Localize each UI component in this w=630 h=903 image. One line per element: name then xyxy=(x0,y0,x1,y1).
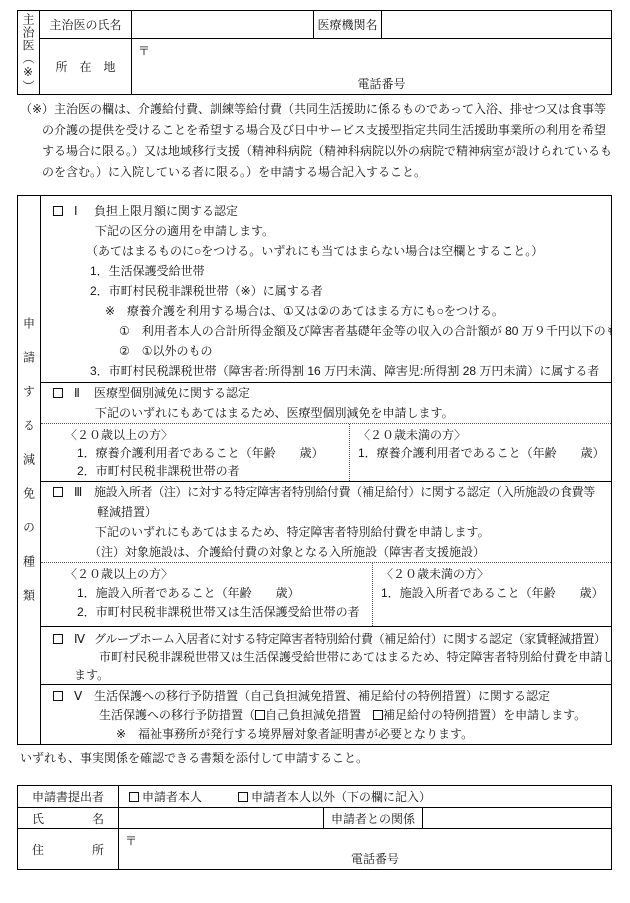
section-1-title: 負担上限月額に関する認定 xyxy=(94,204,238,218)
section-1-checkbox[interactable] xyxy=(53,206,63,216)
section-3-adult-column: 〈２０歳以上の方〉 1．施設入所者であること（年齢 歳） 2．市町村民税非課税世… xyxy=(41,563,373,626)
section-1-item: 1．生活保護受給世帯 xyxy=(41,261,611,281)
doctor-table-body: 主治医の氏名 医療機関名 所 在 地 〒 電話番号 xyxy=(40,11,611,94)
section-1-option: ② ①以外のもの xyxy=(41,341,611,361)
submitter-address-row: 住 所 〒 電話番号 xyxy=(18,829,611,869)
submitter-address-label: 住 所 xyxy=(18,829,119,869)
section-4-checkbox[interactable] xyxy=(53,634,63,644)
section-2-adult-column: 〈２０歳以上の方〉 1．療養介護利用者であること（年齢 歳） 2．市町村民税非課… xyxy=(41,424,350,481)
section-4-title: グループホーム入居者に対する特定障害者特別給付費（補足給付）に関する認定（家賃軽… xyxy=(94,632,606,646)
adult-column-heading: 〈２０歳以上の方〉 xyxy=(41,426,349,444)
minor-column-item: 1．療養介護利用者であること（年齢 歳） xyxy=(358,444,611,462)
submitter-name-label: 氏 名 xyxy=(18,808,119,828)
submitter-label: 申請書提出者 xyxy=(18,786,119,807)
section-5-line-pre: 生活保護への移行予防措置（ xyxy=(99,708,255,722)
application-form-page: 主治医（※） 主治医の氏名 医療機関名 所 在 地 〒 電話番号 （※）主治医の… xyxy=(0,0,630,903)
section-2-subtable: 〈２０歳以上の方〉 1．療養介護利用者であること（年齢 歳） 2．市町村民税非課… xyxy=(41,423,611,481)
adult-column-item: 2．市町村民税非課税世帯の者 xyxy=(41,462,349,480)
section-2-minor-column: 〈２０歳未満の方〉 1．療養介護利用者であること（年齢 歳） xyxy=(350,424,611,481)
section-5-title: 生活保護への移行予防措置（自己負担減免措置、補足給付の特例措置）に関する認定 xyxy=(94,689,550,703)
section-5-numeral: Ⅴ xyxy=(74,687,88,706)
section-4-numeral: Ⅳ xyxy=(74,630,88,648)
doctor-field-note: （※）主治医の欄は、介護給付費、訓練等給付費（共同生活援助に係るものであって入浴… xyxy=(20,99,614,183)
doctor-row-address: 所 在 地 〒 電話番号 xyxy=(40,39,611,94)
adult-column-heading: 〈２０歳以上の方〉 xyxy=(41,565,372,584)
doctor-row-name: 主治医の氏名 医療機関名 xyxy=(40,11,611,39)
postal-mark: 〒 xyxy=(138,42,150,59)
supplementary-benefit-label: 補足給付の特例措置 xyxy=(383,708,491,722)
section-1-option: ① 利用者本人の合計所得金額及び障害者基礎年金等の収入の合計額が 80 万９千円… xyxy=(41,321,611,341)
section-1-numeral: Ⅰ xyxy=(74,201,88,221)
doctor-address-label: 所 在 地 xyxy=(40,39,132,94)
section-1: Ⅰ負担上限月額に関する認定 下記の区分の適用を申請します。 （あてはまるものに○… xyxy=(41,196,611,382)
submitter-row: 申請書提出者 申請者本人 申請者本人以外（下の欄に記入） xyxy=(18,786,611,808)
doctor-side-label: 主治医（※） xyxy=(18,11,40,94)
section-3-checkbox[interactable] xyxy=(53,487,63,497)
doctor-phone-label: 電話番号 xyxy=(132,75,611,92)
supplementary-benefit-checkbox[interactable] xyxy=(373,710,383,720)
self-pay-reduction-checkbox[interactable] xyxy=(255,710,265,720)
relation-field[interactable] xyxy=(423,808,611,828)
doctor-address-field[interactable]: 〒 電話番号 xyxy=(132,39,611,94)
submitter-other-label: 申請者本人以外（下の欄に記入） xyxy=(251,788,431,805)
section-5-line-post: ）を申請します。 xyxy=(491,708,586,722)
section-2-title: 医療型個別減免に関する認定 xyxy=(94,386,250,400)
submitter-other-checkbox[interactable] xyxy=(238,792,248,802)
postal-mark: 〒 xyxy=(125,832,137,849)
section-1-note: ※ 療養介護を利用する場合は、①又は②のあてはまる方にも○をつける。 xyxy=(41,301,611,321)
adult-column-item: 2．市町村民税非課税世帯又は生活保護受給世帯の者 xyxy=(41,603,372,622)
section-1-line: 下記の区分の適用を申請します。 xyxy=(41,221,611,241)
section-2: Ⅱ医療型個別減免に関する認定 下記のいずれにもあてはまるため、医療型個別減免を申… xyxy=(41,382,611,481)
section-3-minor-column: 〈２０歳未満の方〉 1．施設入所者であること（年齢 歳） xyxy=(373,563,611,626)
section-3: Ⅲ施設入所者（注）に対する特定障害者特別給付費（補足給付）に関する認定（入所施設… xyxy=(41,481,611,626)
section-3-subtable: 〈２０歳以上の方〉 1．施設入所者であること（年齢 歳） 2．市町村民税非課税世… xyxy=(41,562,611,626)
exemption-table-body: Ⅰ負担上限月額に関する認定 下記の区分の適用を申請します。 （あてはまるものに○… xyxy=(41,196,611,744)
section-1-item: 3．市町村民税課税世帯（障害者:所得割 16 万円未満、障害児:所得割 28 万… xyxy=(41,361,611,381)
option-gap xyxy=(361,708,373,722)
submitter-address-field[interactable]: 〒 電話番号 xyxy=(119,829,611,869)
section-5-line: 生活保護への移行予防措置（自己負担減免措置 補足給付の特例措置）を申請します。 xyxy=(41,706,611,725)
submitter-self-checkbox[interactable] xyxy=(129,792,139,802)
section-5-checkbox[interactable] xyxy=(53,691,63,701)
submitter-table: 申請書提出者 申請者本人 申請者本人以外（下の欄に記入） 氏 名 申請者との関係… xyxy=(17,785,612,870)
section-4-line: 市町村民税非課税世帯又は生活保護受給世帯にあてはまるため、特定障害者特別給付費を… xyxy=(41,648,611,666)
submitter-other-option[interactable]: 申請者本人以外（下の欄に記入） xyxy=(238,788,431,805)
section-3-title-cont: 軽減措置） xyxy=(41,502,611,522)
doctor-name-field[interactable] xyxy=(132,11,314,38)
submitter-options: 申請者本人 申請者本人以外（下の欄に記入） xyxy=(119,786,611,807)
section-5: Ⅴ生活保護への移行予防措置（自己負担減免措置、補足給付の特例措置）に関する認定 … xyxy=(41,684,611,744)
attending-physician-table: 主治医（※） 主治医の氏名 医療機関名 所 在 地 〒 電話番号 xyxy=(17,10,612,95)
attachment-instruction: いずれも、事実関係を確認できる書類を添付して申請すること。 xyxy=(20,749,368,766)
medical-facility-field[interactable] xyxy=(382,11,611,38)
section-4: Ⅳグループホーム入居者に対する特定障害者特別給付費（補足給付）に関する認定（家賃… xyxy=(41,626,611,684)
submitter-self-option[interactable]: 申請者本人 xyxy=(129,788,202,805)
submitter-name-row: 氏 名 申請者との関係 xyxy=(18,808,611,829)
section-1-line: （あてはまるものに○をつける。いずれにも当てはまらない場合は空欄とすること。） xyxy=(41,241,611,261)
section-2-line: 下記のいずれにもあてはまるため、医療型個別減免を申請します。 xyxy=(41,403,611,423)
section-2-checkbox[interactable] xyxy=(53,388,63,398)
section-3-numeral: Ⅲ xyxy=(74,482,88,502)
minor-column-heading: 〈２０歳未満の方〉 xyxy=(381,565,611,584)
section-2-numeral: Ⅱ xyxy=(74,383,88,403)
section-3-line: 下記のいずれにもあてはまるため、特定障害者特別給付費を申請します。 xyxy=(41,522,611,542)
section-3-title: 施設入所者（注）に対する特定障害者特別給付費（補足給付）に関する認定（入所施設の… xyxy=(94,485,595,499)
section-1-item: 2．市町村民税非課税世帯（※）に属する者 xyxy=(41,281,611,301)
relation-label: 申請者との関係 xyxy=(324,808,423,828)
doctor-name-label: 主治医の氏名 xyxy=(40,11,132,38)
self-pay-reduction-label: 自己負担減免措置 xyxy=(265,708,361,722)
section-5-note: ※ 福祉事務所が発行する境界層対象者証明書が必要となります。 xyxy=(41,725,611,744)
submitter-phone-label: 電話番号 xyxy=(119,850,611,867)
section-4-line: ます。 xyxy=(41,666,611,684)
minor-column-item: 1．施設入所者であること（年齢 歳） xyxy=(381,584,611,603)
minor-column-heading: 〈２０歳未満の方〉 xyxy=(358,426,611,444)
exemption-side-label: 申請する減免の種類 xyxy=(18,196,41,744)
section-3-note: （注）対象施設は、介護給付費の対象となる入所施設（障害者支援施設） xyxy=(41,542,611,562)
adult-column-item: 1．療養介護利用者であること（年齢 歳） xyxy=(41,444,349,462)
submitter-self-label: 申請者本人 xyxy=(142,788,202,805)
exemption-type-table: 申請する減免の種類 Ⅰ負担上限月額に関する認定 下記の区分の適用を申請します。 … xyxy=(17,195,612,745)
adult-column-item: 1．施設入所者であること（年齢 歳） xyxy=(41,584,372,603)
submitter-name-field[interactable] xyxy=(119,808,324,828)
medical-facility-label: 医療機関名 xyxy=(314,11,382,38)
